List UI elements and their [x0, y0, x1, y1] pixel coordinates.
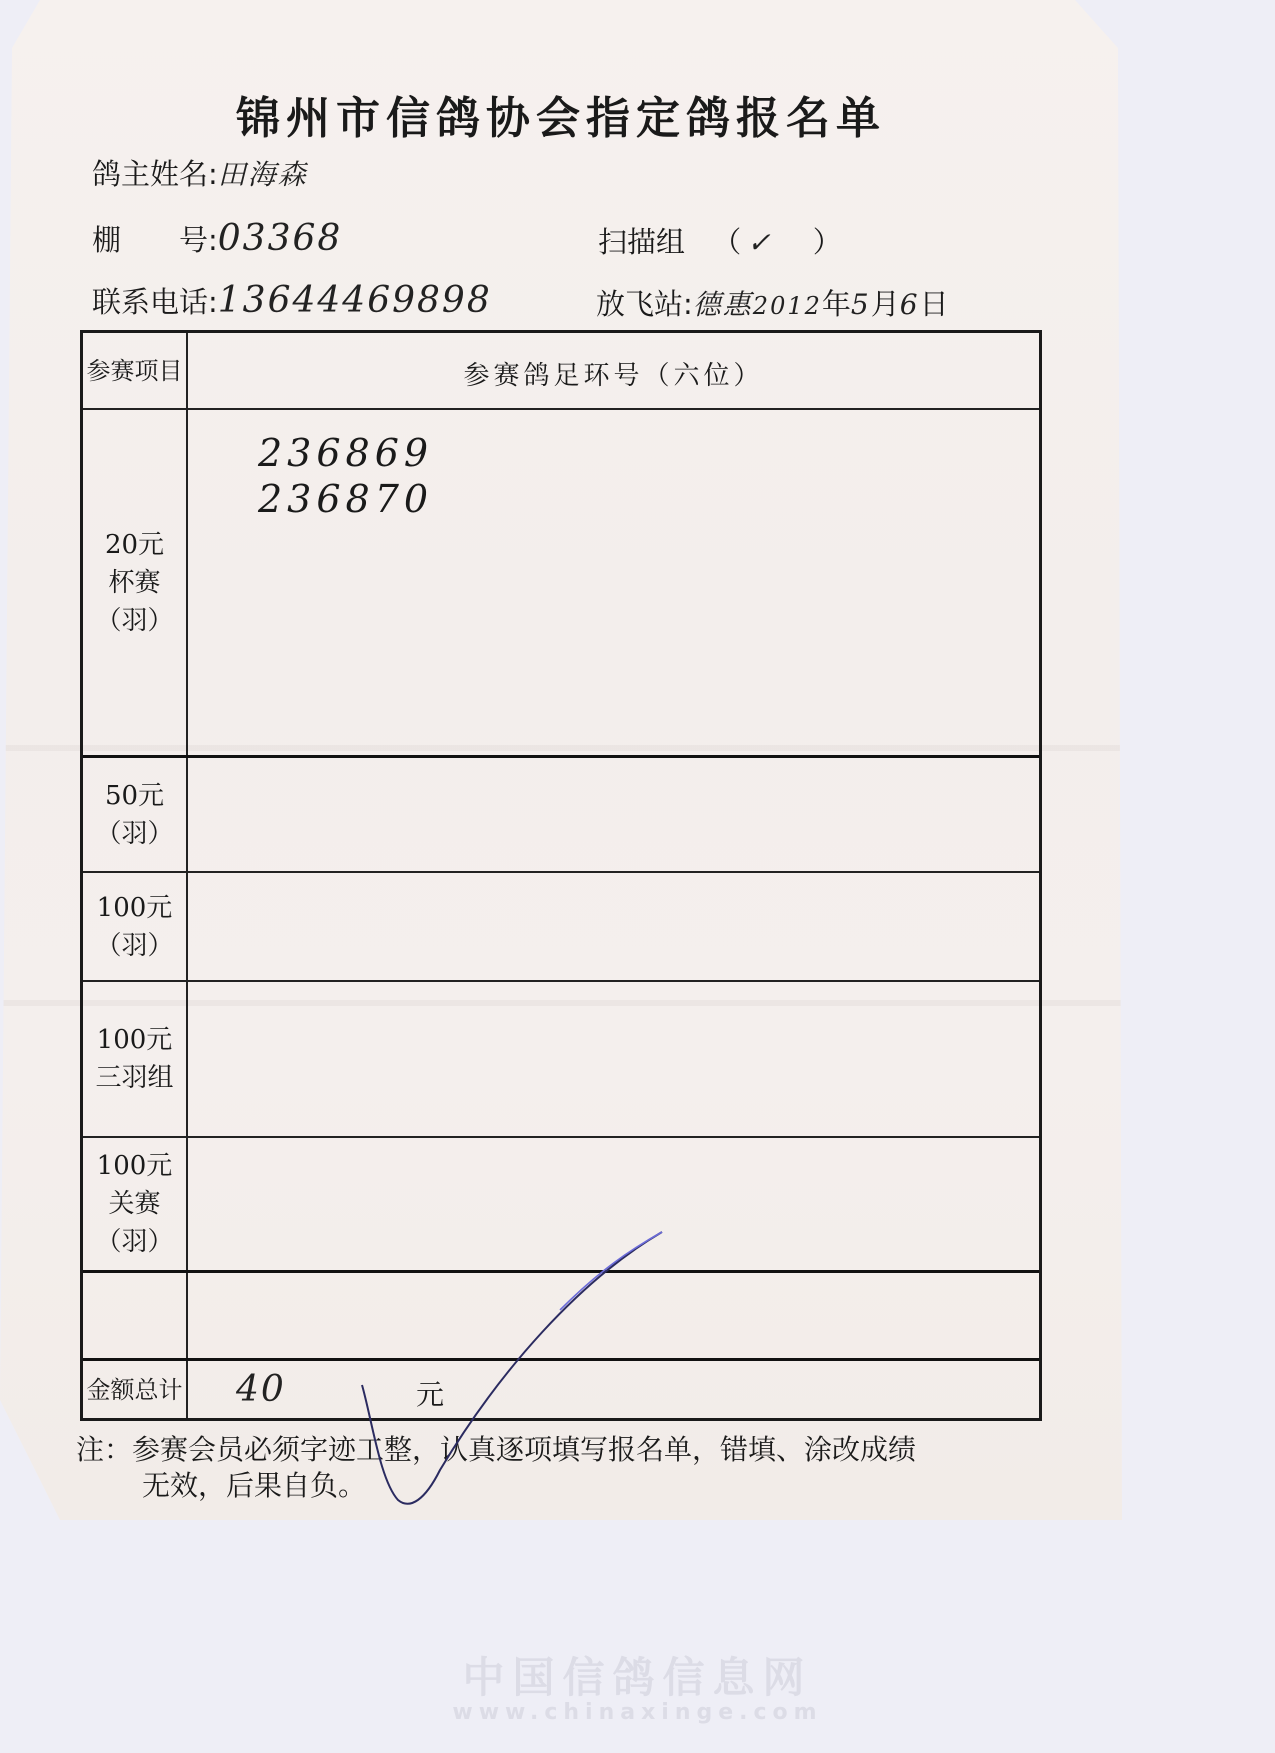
table-total-row: 金额总计 40 元 [83, 1358, 1039, 1418]
phone-label: 联系电话: [92, 285, 218, 319]
footnote: 注：参赛会员必须字迹工整，认真逐项填写报名单，错填、涂改成绩 无效，后果自负。 [76, 1432, 1056, 1504]
total-amount[interactable]: 40 [236, 1369, 286, 1410]
entry-table: 参赛项目 参赛鸽足环号（六位） 20元杯赛（羽） 236869 236870 5… [80, 330, 1042, 1421]
ring-numbers-cell[interactable] [188, 1138, 1039, 1270]
footnote-line-2: 无效，后果自负。 [76, 1468, 1056, 1504]
owner-field: 鸽主姓名:田海森 [92, 152, 308, 193]
day-unit: 日 [920, 287, 949, 321]
table-header-row: 参赛项目 参赛鸽足环号（六位） [83, 333, 1039, 408]
release-label: 放飞站: [596, 287, 693, 321]
phone-value: 13644469898 [218, 280, 492, 321]
total-label: 金额总计 [83, 1361, 188, 1418]
scan-group-field: 扫描组 （✓） [598, 220, 842, 261]
ring-numbers-cell[interactable]: 236869 236870 [188, 410, 1039, 755]
ring-numbers-cell[interactable] [188, 982, 1039, 1136]
row-label-20-cup: 20元杯赛（羽） [83, 410, 188, 755]
release-day: 6 [900, 288, 920, 321]
form-title: 锦州市信鸽协会指定鸽报名单 [0, 82, 1122, 146]
table-row-blank [83, 1270, 1039, 1358]
month-unit: 月 [871, 287, 900, 321]
footnote-line-1: 注：参赛会员必须字迹工整，认真逐项填写报名单，错填、涂改成绩 [76, 1432, 1056, 1468]
release-field: 放飞站:德惠2012年5月6日 [596, 282, 949, 323]
paren-close: ） [813, 225, 842, 259]
row-label-100: 100元（羽） [83, 873, 188, 980]
ring-numbers-cell[interactable] [188, 873, 1039, 980]
scan-group-checkmark-icon[interactable]: ✓ [747, 226, 772, 259]
row-label-100-trio: 100元三羽组 [83, 982, 188, 1136]
row-label-blank [83, 1273, 188, 1358]
scan-group-label: 扫描组 [598, 225, 685, 259]
ring-numbers-cell[interactable] [188, 1273, 1039, 1358]
row-label-100-final: 100元关赛（羽） [83, 1138, 188, 1270]
header-category: 参赛项目 [83, 333, 188, 408]
release-station: 德惠 [693, 288, 753, 321]
year-unit: 年 [822, 287, 851, 321]
ring-number: 236869 [258, 430, 433, 476]
owner-value: 田海森 [218, 158, 308, 191]
table-row: 100元（羽） [83, 871, 1039, 980]
table-row: 20元杯赛（羽） 236869 236870 [83, 408, 1039, 755]
paren-open: （ [712, 225, 741, 259]
loft-value: 03368 [218, 218, 343, 259]
watermark-site-name: 中国信鸽信息网 [0, 1645, 1275, 1705]
watermark-url: www.chinaxinge.com [0, 1700, 1275, 1725]
ring-number: 236870 [258, 476, 433, 522]
release-month: 5 [851, 288, 871, 321]
table-row: 100元关赛（羽） [83, 1136, 1039, 1270]
loft-field: 棚 号:03368 [92, 218, 342, 259]
table-row: 100元三羽组 [83, 980, 1039, 1136]
header-ring-numbers: 参赛鸽足环号（六位） [188, 355, 1039, 392]
total-unit: 元 [416, 1373, 444, 1413]
release-year: 2012 [753, 292, 822, 320]
ring-numbers-cell[interactable] [188, 758, 1039, 871]
owner-label: 鸽主姓名: [92, 157, 218, 191]
loft-label: 棚 号: [92, 223, 218, 257]
form-paper: 锦州市信鸽协会指定鸽报名单 鸽主姓名:田海森 棚 号:03368 扫描组 （✓）… [0, 0, 1122, 1520]
row-label-50: 50元（羽） [83, 758, 188, 871]
table-row: 50元（羽） [83, 755, 1039, 871]
phone-field: 联系电话:13644469898 [92, 280, 492, 321]
